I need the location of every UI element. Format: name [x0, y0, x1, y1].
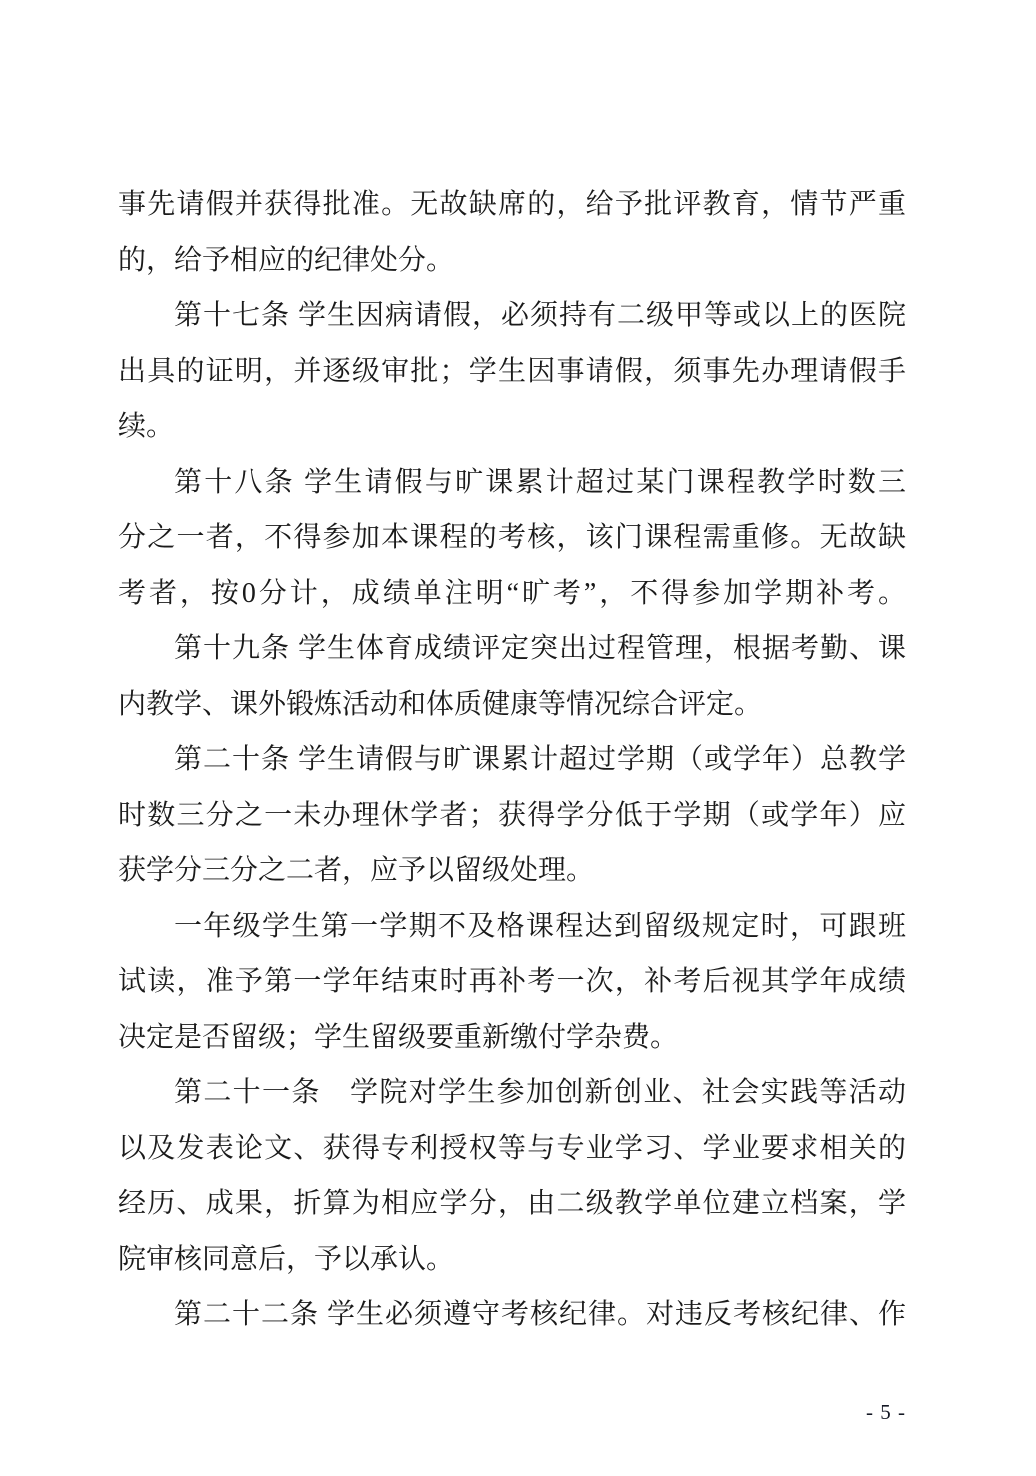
- document-line: 以及发表论文、获得专利授权等与专业学习、学业要求相关的: [118, 1121, 906, 1177]
- document-line: 时数三分之一未办理休学者；获得学分低于学期（或学年）应: [118, 788, 906, 844]
- document-line: 第十七条 学生因病请假，必须持有二级甲等或以上的医院: [118, 288, 906, 344]
- document-line: 院审核同意后，予以承认。: [118, 1232, 906, 1288]
- document-line: 试读，准予第一学年结束时再补考一次，补考后视其学年成绩: [118, 954, 906, 1010]
- document-line: 出具的证明，并逐级审批；学生因事请假，须事先办理请假手: [118, 344, 906, 400]
- document-line: 的，给予相应的纪律处分。: [118, 233, 906, 289]
- document-line: 分之一者，不得参加本课程的考核，该门课程需重修。无故缺: [118, 510, 906, 566]
- document-line: 续。: [118, 399, 906, 455]
- document-line: 第二十二条 学生必须遵守考核纪律。对违反考核纪律、作: [118, 1287, 906, 1343]
- document-line: 事先请假并获得批准。无故缺席的，给予批评教育，情节严重: [118, 177, 906, 233]
- document-line: 第二十条 学生请假与旷课累计超过学期（或学年）总教学: [118, 732, 906, 788]
- document-line: 决定是否留级；学生留级要重新缴付学杂费。: [118, 1010, 906, 1066]
- document-line: 内教学、课外锻炼活动和体质健康等情况综合评定。: [118, 677, 906, 733]
- document-line: 第十八条 学生请假与旷课累计超过某门课程教学时数三: [118, 455, 906, 511]
- document-line: 经历、成果，折算为相应学分，由二级教学单位建立档案，学: [118, 1176, 906, 1232]
- document-line: 获学分三分之二者，应予以留级处理。: [118, 843, 906, 899]
- document-line: 考者，按0分计，成绩单注明“旷考”，不得参加学期补考。: [118, 566, 906, 622]
- document-page: 事先请假并获得批准。无故缺席的，给予批评教育，情节严重的，给予相应的纪律处分。第…: [0, 0, 1036, 1476]
- document-body: 事先请假并获得批准。无故缺席的，给予批评教育，情节严重的，给予相应的纪律处分。第…: [118, 177, 906, 1343]
- document-line: 第十九条 学生体育成绩评定突出过程管理，根据考勤、课: [118, 621, 906, 677]
- document-line: 一年级学生第一学期不及格课程达到留级规定时，可跟班: [118, 899, 906, 955]
- document-line: 第二十一条 学院对学生参加创新创业、社会实践等活动: [118, 1065, 906, 1121]
- page-number: - 5 -: [118, 1398, 906, 1426]
